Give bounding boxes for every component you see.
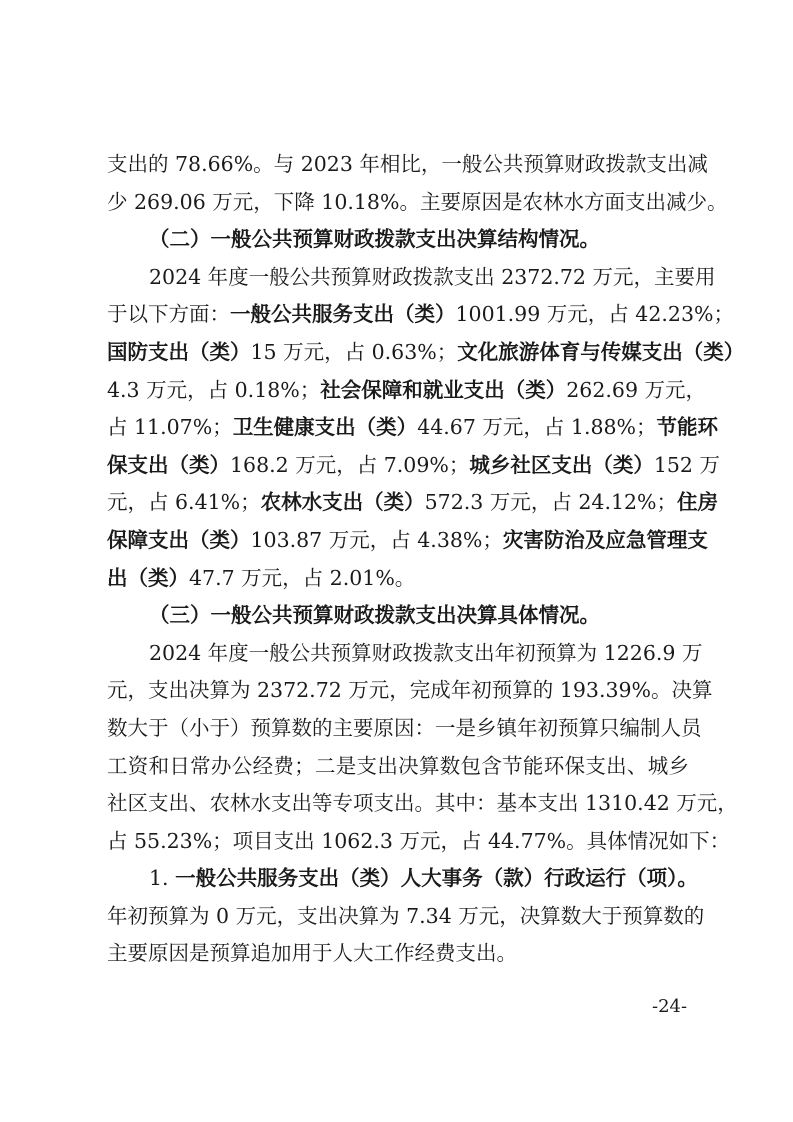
text-segment: 168.2 万元，占 7.09%； [230,453,469,477]
text-line: 支出的 78.66%。与 2023 年相比，一般公共预算财政拨款支出减 [107,146,689,184]
text-segment: 数大于（小于）预算数的主要原因：一是乡镇年初预算只编制人员 [107,716,702,740]
bold-segment: 一般公共服务支出（类）人大事务（款）行政运行（项）。 [175,866,698,890]
bold-segment: 出（类） [107,566,189,590]
section-heading-3: （三）一般公共预算财政拨款支出决算具体情况。 [107,597,689,635]
text-segment: 工资和日常办公经费；二是支出决算数包含节能环保支出、城乡 [107,754,689,778]
text-line: 数大于（小于）预算数的主要原因：一是乡镇年初预算只编制人员 [107,710,689,748]
text-line: 4.3 万元，占 0.18%；社会保障和就业支出（类）262.69 万元， [107,372,689,410]
text-segment: 占 55.23%；项目支出 1062.3 万元，占 44.77%。具体情况如下： [107,829,730,853]
text-line: 工资和日常办公经费；二是支出决算数包含节能环保支出、城乡 [107,748,689,786]
bold-segment: 国防支出（类） [107,340,251,364]
bold-segment: 社会保障和就业支出（类） [320,378,566,402]
text-line: 少 269.06 万元，下降 10.18%。主要原因是农林水方面支出减少。 [107,184,689,222]
text-line: 保支出（类）168.2 万元，占 7.09%；城乡社区支出（类）152 万 [107,447,689,485]
bold-segment: 文化旅游体育与传媒支出（类） [457,340,744,364]
text-segment: 少 269.06 万元，下降 10.18%。主要原因是农林水方面支出减少。 [107,190,727,214]
bold-segment: 农林水支出（类） [261,490,425,514]
text-segment: 于以下方面： [107,302,230,326]
text-line: 2024 年度一般公共预算财政拨款支出 2372.72 万元，主要用 [107,259,689,297]
text-line: 2024 年度一般公共预算财政拨款支出年初预算为 1226.9 万 [107,635,689,673]
bold-segment: 灾害防治及应急管理支 [503,528,708,552]
text-line: 主要原因是预算追加用于人大工作经费支出。 [107,935,689,973]
text-line: 元，占 6.41%；农林水支出（类）572.3 万元，占 24.12%；住房 [107,484,689,522]
text-segment: 1001.99 万元，占 42.23%； [456,302,734,326]
item-number: 1. [149,866,175,890]
bold-segment: 保障支出（类） [107,528,251,552]
text-line: 保障支出（类）103.87 万元，占 4.38%；灾害防治及应急管理支 [107,522,689,560]
subsection-heading: 1. 一般公共服务支出（类）人大事务（款）行政运行（项）。 [107,860,689,898]
text-line: 年初预算为 0 万元，支出决算为 7.34 万元，决算数大于预算数的 [107,898,689,936]
bold-segment: 保支出（类） [107,453,230,477]
text-line: 元，支出决算为 2372.72 万元，完成年初预算的 193.39%。决算 [107,672,689,710]
text-segment: 152 万 [654,453,720,477]
bold-segment: 住房 [677,490,718,514]
text-segment: 262.69 万元， [566,378,706,402]
text-segment: 572.3 万元，占 24.12%； [425,490,677,514]
text-line: 于以下方面：一般公共服务支出（类）1001.99 万元，占 42.23%； [107,296,689,334]
page-number: -24- [652,996,687,1017]
text-line: 占 55.23%；项目支出 1062.3 万元，占 44.77%。具体情况如下： [107,823,689,861]
text-segment: 占 11.07%； [107,415,233,439]
heading-text: （二）一般公共预算财政拨款支出决算结构情况。 [149,227,600,251]
bold-segment: 城乡社区支出（类） [469,453,654,477]
text-segment: 元，支出决算为 2372.72 万元，完成年初预算的 193.39%。决算 [107,678,713,702]
text-segment: 2024 年度一般公共预算财政拨款支出 2372.72 万元，主要用 [149,265,716,289]
text-line: 社区支出、农林水支出等专项支出。其中：基本支出 1310.42 万元， [107,785,689,823]
text-segment: 元，占 6.41%； [107,490,261,514]
text-line: 占 11.07%；卫生健康支出（类）44.67 万元，占 1.88%；节能环 [107,409,689,447]
text-segment: 支出的 78.66%。与 2023 年相比，一般公共预算财政拨款支出减 [107,152,708,176]
text-segment: 103.87 万元，占 4.38%； [251,528,503,552]
text-line: 出（类）47.7 万元，占 2.01%。 [107,560,689,598]
text-segment: 44.67 万元，占 1.88%； [417,415,656,439]
text-segment: 主要原因是预算追加用于人大工作经费支出。 [107,941,517,965]
text-segment: 47.7 万元，占 2.01%。 [189,566,415,590]
text-segment: 2024 年度一般公共预算财政拨款支出年初预算为 1226.9 万 [149,641,702,665]
document-page: 支出的 78.66%。与 2023 年相比，一般公共预算财政拨款支出减 少 26… [0,0,793,1122]
section-heading-2: （二）一般公共预算财政拨款支出决算结构情况。 [107,221,689,259]
text-line: 国防支出（类）15 万元，占 0.63%；文化旅游体育与传媒支出（类） [107,334,689,372]
bold-segment: 一般公共服务支出（类） [230,302,456,326]
bold-segment: 节能环 [657,415,719,439]
text-segment: 社区支出、农林水支出等专项支出。其中：基本支出 1310.42 万元， [107,791,738,815]
body-text: 支出的 78.66%。与 2023 年相比，一般公共预算财政拨款支出减 少 26… [107,146,689,973]
heading-text: （三）一般公共预算财政拨款支出决算具体情况。 [149,603,600,627]
text-segment: 4.3 万元，占 0.18%； [107,378,320,402]
bold-segment: 卫生健康支出（类） [233,415,418,439]
text-segment: 年初预算为 0 万元，支出决算为 7.34 万元，决算数大于预算数的 [107,904,704,928]
text-segment: 15 万元，占 0.63%； [251,340,458,364]
